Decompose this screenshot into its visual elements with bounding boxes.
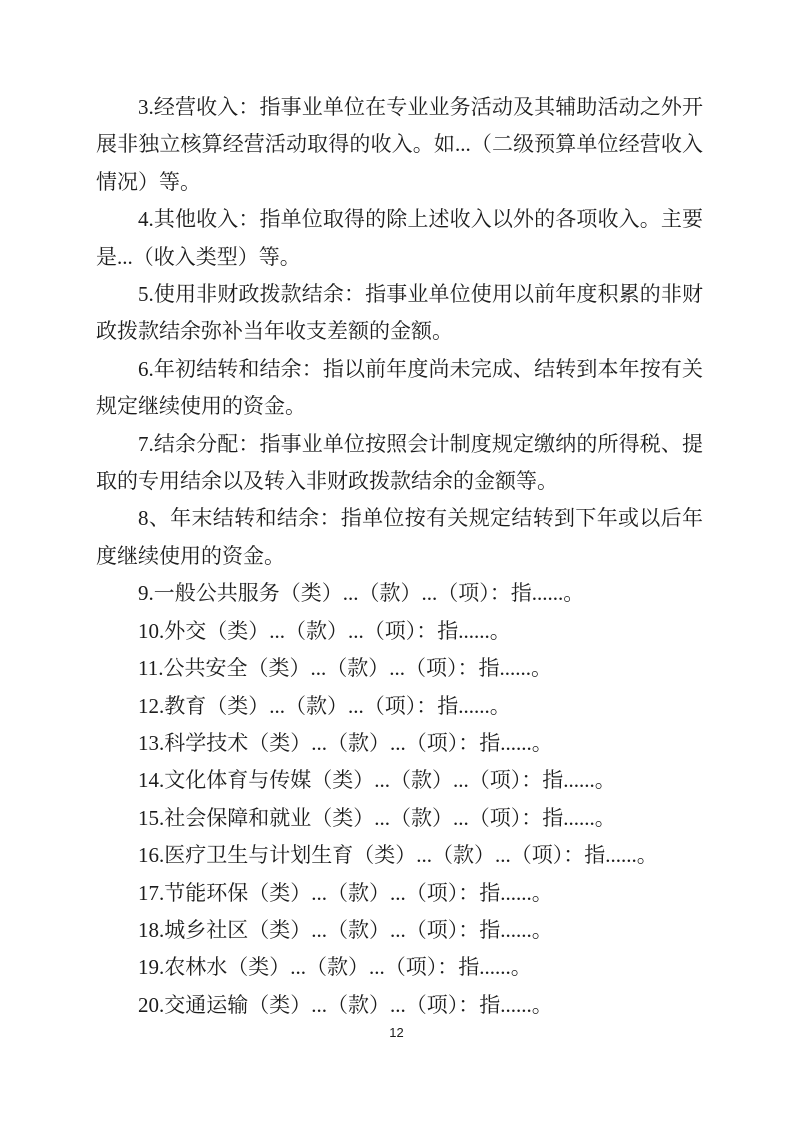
page-number: 12 [389,1025,403,1040]
paragraph-surplus-distribution: 7.结余分配：指事业单位按照会计制度规定缴纳的所得税、提取的专用结余以及转入非财… [96,426,703,501]
paragraph-item-public-safety: 11.公共安全（类）...（款）...（项）：指......。 [96,650,703,687]
paragraph-other-income: 4.其他收入：指单位取得的除上述收入以外的各项收入。主要是...（收入类型）等。 [96,201,703,276]
paragraph-yearend-carryover: 8、年末结转和结余：指单位按有关规定结转到下年或以后年度继续使用的资金。 [96,500,703,575]
paragraph-item-transportation: 20.交通运输（类）...（款）...（项）：指......。 [96,987,703,1024]
paragraph-beginning-carryover: 6.年初结转和结余：指以前年度尚未完成、结转到本年按有关规定继续使用的资金。 [96,351,703,426]
paragraph-item-education: 12.教育（类）...（款）...（项）：指......。 [96,688,703,725]
paragraph-item-culture-sports-media: 14.文化体育与传媒（类）...（款）...（项）：指......。 [96,762,703,799]
paragraph-operating-income: 3.经营收入：指事业单位在专业业务活动及其辅助活动之外开展非独立核算经营活动取得… [96,89,703,201]
document-body: 3.经营收入：指事业单位在专业业务活动及其辅助活动之外开展非独立核算经营活动取得… [96,89,703,1024]
page-footer: 12 [0,1024,793,1042]
paragraph-item-urban-rural-community: 18.城乡社区（类）...（款）...（项）：指......。 [96,912,703,949]
paragraph-item-social-security-employment: 15.社会保障和就业（类）...（款）...（项）：指......。 [96,800,703,837]
paragraph-item-general-public-service: 9.一般公共服务（类）...（款）...（项）：指......。 [96,575,703,612]
document-page: 3.经营收入：指事业单位在专业业务活动及其辅助活动之外开展非独立核算经营活动取得… [0,0,793,1122]
paragraph-item-energy-environment: 17.节能环保（类）...（款）...（项）：指......。 [96,875,703,912]
paragraph-nonfiscal-surplus-use: 5.使用非财政拨款结余：指事业单位使用以前年度积累的非财政拨款结余弥补当年收支差… [96,276,703,351]
paragraph-item-science-technology: 13.科学技术（类）...（款）...（项）：指......。 [96,725,703,762]
paragraph-item-diplomacy: 10.外交（类）...（款）...（项）：指......。 [96,613,703,650]
paragraph-item-health-family-planning: 16.医疗卫生与计划生育（类）...（款）...（项）：指......。 [96,837,703,874]
paragraph-item-agriculture-forestry-water: 19.农林水（类）...（款）...（项）：指......。 [96,949,703,986]
